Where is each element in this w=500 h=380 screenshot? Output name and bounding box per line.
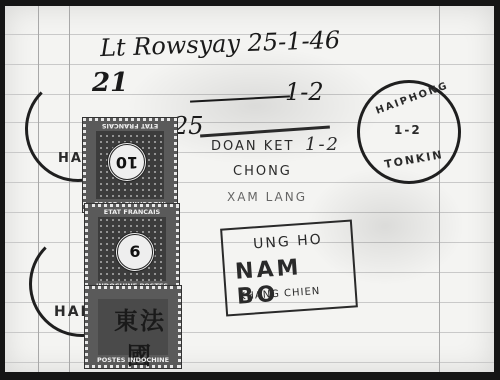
rubber-stamp-doan-ket: DOAN KET [211,139,294,154]
rubber-stamp-xam-lang: XAM LANG [227,190,307,204]
photo-frame: Lt Rowsyay 25-1-46 21 1-2 25 DOAN KET 1-… [0,0,500,380]
margin-line [38,6,39,372]
handwritten-date: 1-2 [305,134,340,155]
postmark-right-region: TONKIN [383,148,444,171]
boxed-rubber-stamp: UNG HO NAM BO KHANG CHIEN [220,220,358,317]
stamp-value: 10 [107,142,147,182]
boxed-stamp-line-1: UNG HO [253,232,324,253]
envelope-paper: Lt Rowsyay 25-1-46 21 1-2 25 DOAN KET 1-… [5,6,494,372]
ruled-line [5,362,494,363]
handwritten-number-right: 1-2 [285,78,324,106]
handwritten-number-left-2: 25 [173,112,204,140]
stamp-bottom-text: ETAT FRANCAIS [86,122,174,130]
stamp-top-text: ETAT FRANCAIS [88,208,176,216]
postage-due-stamp-10: INDOCHINE POSTES ETAT FRANCAIS 10 [83,118,177,212]
stamp-bottom-text: POSTES INDOCHINE [88,356,178,364]
stamp-value: 6 [115,232,155,272]
postmark-right: HAIPHONG 1-2 TONKIN [357,80,461,184]
postmark-right-date: 1-2 [394,123,422,137]
rubber-stamp-chong: CHONG [233,164,292,179]
postmark-right-city: HAIPHONG [374,80,450,117]
postage-due-stamp-characters: 東法國 POSTES INDOCHINE [85,286,181,368]
postage-due-stamp-6: ETAT FRANCAIS INDOCHINE POSTES 6 [85,204,179,294]
